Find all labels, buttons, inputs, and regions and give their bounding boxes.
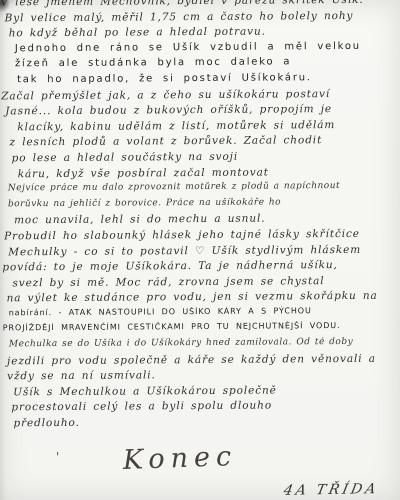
manuscript-page: V lese jménem Mechovník, bydlel v pařezu… [0,0,400,500]
ending-text: Konec [0,437,360,481]
handwritten-line: předlouho. [3,415,400,433]
manuscript-text: V lese jménem Mechovník, bydlel v pařezu… [0,0,400,433]
class-signature: 4A TŘÍDA [282,481,380,499]
